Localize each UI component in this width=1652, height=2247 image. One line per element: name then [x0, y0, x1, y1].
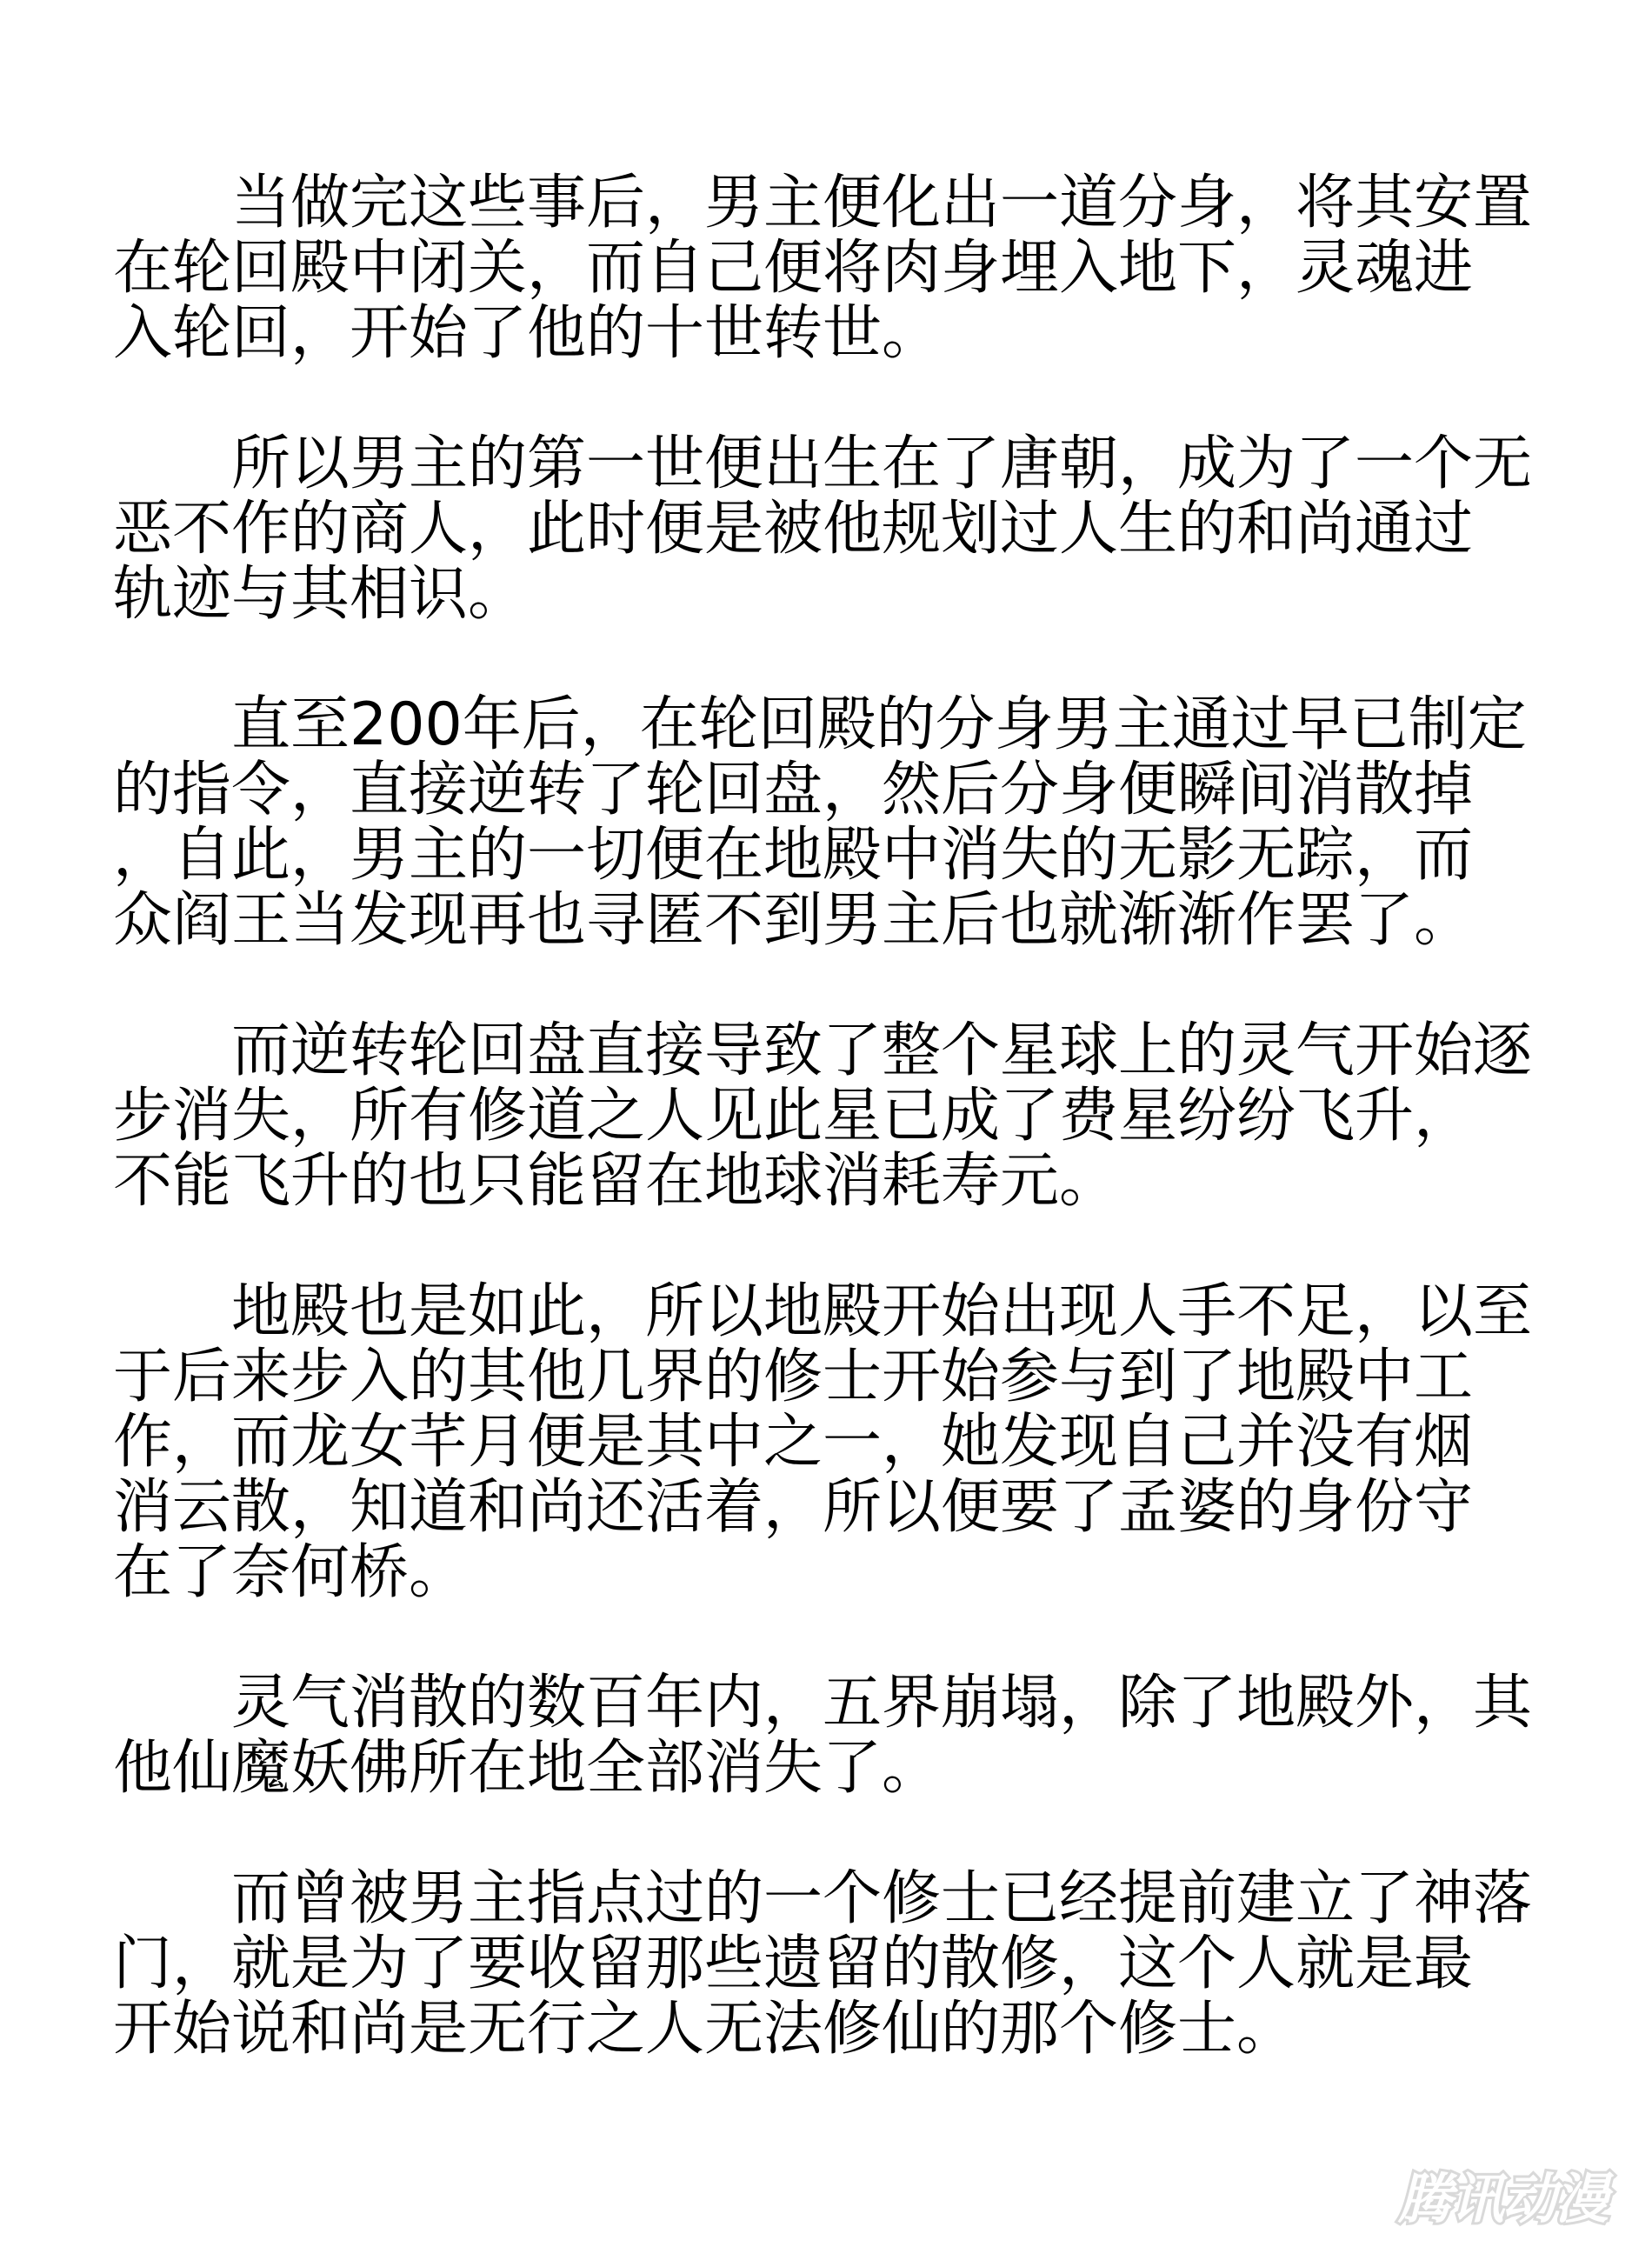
text-line: 所以男主的第一世便出生在了唐朝，成为了一个无	[113, 431, 1539, 497]
text-line: 作，而龙女芊月便是其中之一，她发现自己并没有烟	[113, 1410, 1539, 1475]
text-line: 门，就是为了要收留那些遗留的散修，这个人就是最	[113, 1931, 1539, 1997]
watermark-text: 腾讯动漫	[1398, 2156, 1607, 2233]
text-line: 而逆转轮回盘直接导致了整个星球上的灵气开始逐	[113, 1018, 1539, 1083]
text-line: 在轮回殿中闭关，而自己便将肉身埋入地下，灵魂进	[113, 236, 1539, 301]
story-text: 当做完这些事后，男主便化出一道分身，将其安置 在轮回殿中闭关，而自己便将肉身埋入…	[113, 170, 1539, 2127]
text-line: 直至200年后，在轮回殿的分身男主通过早已制定	[113, 692, 1539, 757]
paragraph-1: 当做完这些事后，男主便化出一道分身，将其安置 在轮回殿中闭关，而自己便将肉身埋入…	[113, 170, 1539, 366]
text-line: 轨迹与其相识。	[113, 562, 1539, 627]
text-line: 开始说和尚是无行之人无法修仙的那个修士。	[113, 1997, 1539, 2062]
text-line: 的指令，直接逆转了轮回盘，然后分身便瞬间消散掉	[113, 757, 1539, 823]
text-line: 不能飞升的也只能留在地球消耗寿元。	[113, 1149, 1539, 1214]
text-line: 而曾被男主指点过的一个修士已经提前建立了神落	[113, 1866, 1539, 1931]
text-line: 在了奈何桥。	[113, 1540, 1539, 1605]
text-line: 当做完这些事后，男主便化出一道分身，将其安置	[113, 170, 1539, 236]
text-line: 众阎王当发现再也寻匿不到男主后也就渐渐作罢了。	[113, 888, 1539, 953]
paragraph-7: 而曾被男主指点过的一个修士已经提前建立了神落 门，就是为了要收留那些遗留的散修，…	[113, 1866, 1539, 2062]
paragraph-5: 地殿也是如此，所以地殿开始出现人手不足，以至 于后来步入的其他几界的修士开始参与…	[113, 1279, 1539, 1605]
text-line: 地殿也是如此，所以地殿开始出现人手不足，以至	[113, 1279, 1539, 1344]
text-line: ，自此，男主的一切便在地殿中消失的无影无踪，而	[113, 823, 1539, 888]
text-line: 消云散，知道和尚还活着，所以便要了孟婆的身份守	[113, 1475, 1539, 1540]
paragraph-4: 而逆转轮回盘直接导致了整个星球上的灵气开始逐 步消失，所有修道之人见此星已成了费…	[113, 1018, 1539, 1214]
paragraph-6: 灵气消散的数百年内，五界崩塌，除了地殿外，其 他仙魔妖佛所在地全部消失了。	[113, 1670, 1539, 1801]
text-line: 入轮回，开始了他的十世转世。	[113, 301, 1539, 366]
paragraph-3: 直至200年后，在轮回殿的分身男主通过早已制定 的指令，直接逆转了轮回盘，然后分…	[113, 692, 1539, 953]
text-line: 于后来步入的其他几界的修士开始参与到了地殿中工	[113, 1344, 1539, 1410]
text-line: 恶不作的商人，此时便是被他规划过人生的和尚通过	[113, 497, 1539, 562]
text-line: 他仙魔妖佛所在地全部消失了。	[113, 1736, 1539, 1801]
document-page: 当做完这些事后，男主便化出一道分身，将其安置 在轮回殿中闭关，而自己便将肉身埋入…	[0, 0, 1652, 2247]
paragraph-2: 所以男主的第一世便出生在了唐朝，成为了一个无 恶不作的商人，此时便是被他规划过人…	[113, 431, 1539, 627]
text-line: 灵气消散的数百年内，五界崩塌，除了地殿外，其	[113, 1670, 1539, 1736]
watermark-logo: 腾讯动漫	[1372, 2159, 1633, 2229]
text-line: 步消失，所有修道之人见此星已成了费星纷纷飞升，	[113, 1083, 1539, 1149]
